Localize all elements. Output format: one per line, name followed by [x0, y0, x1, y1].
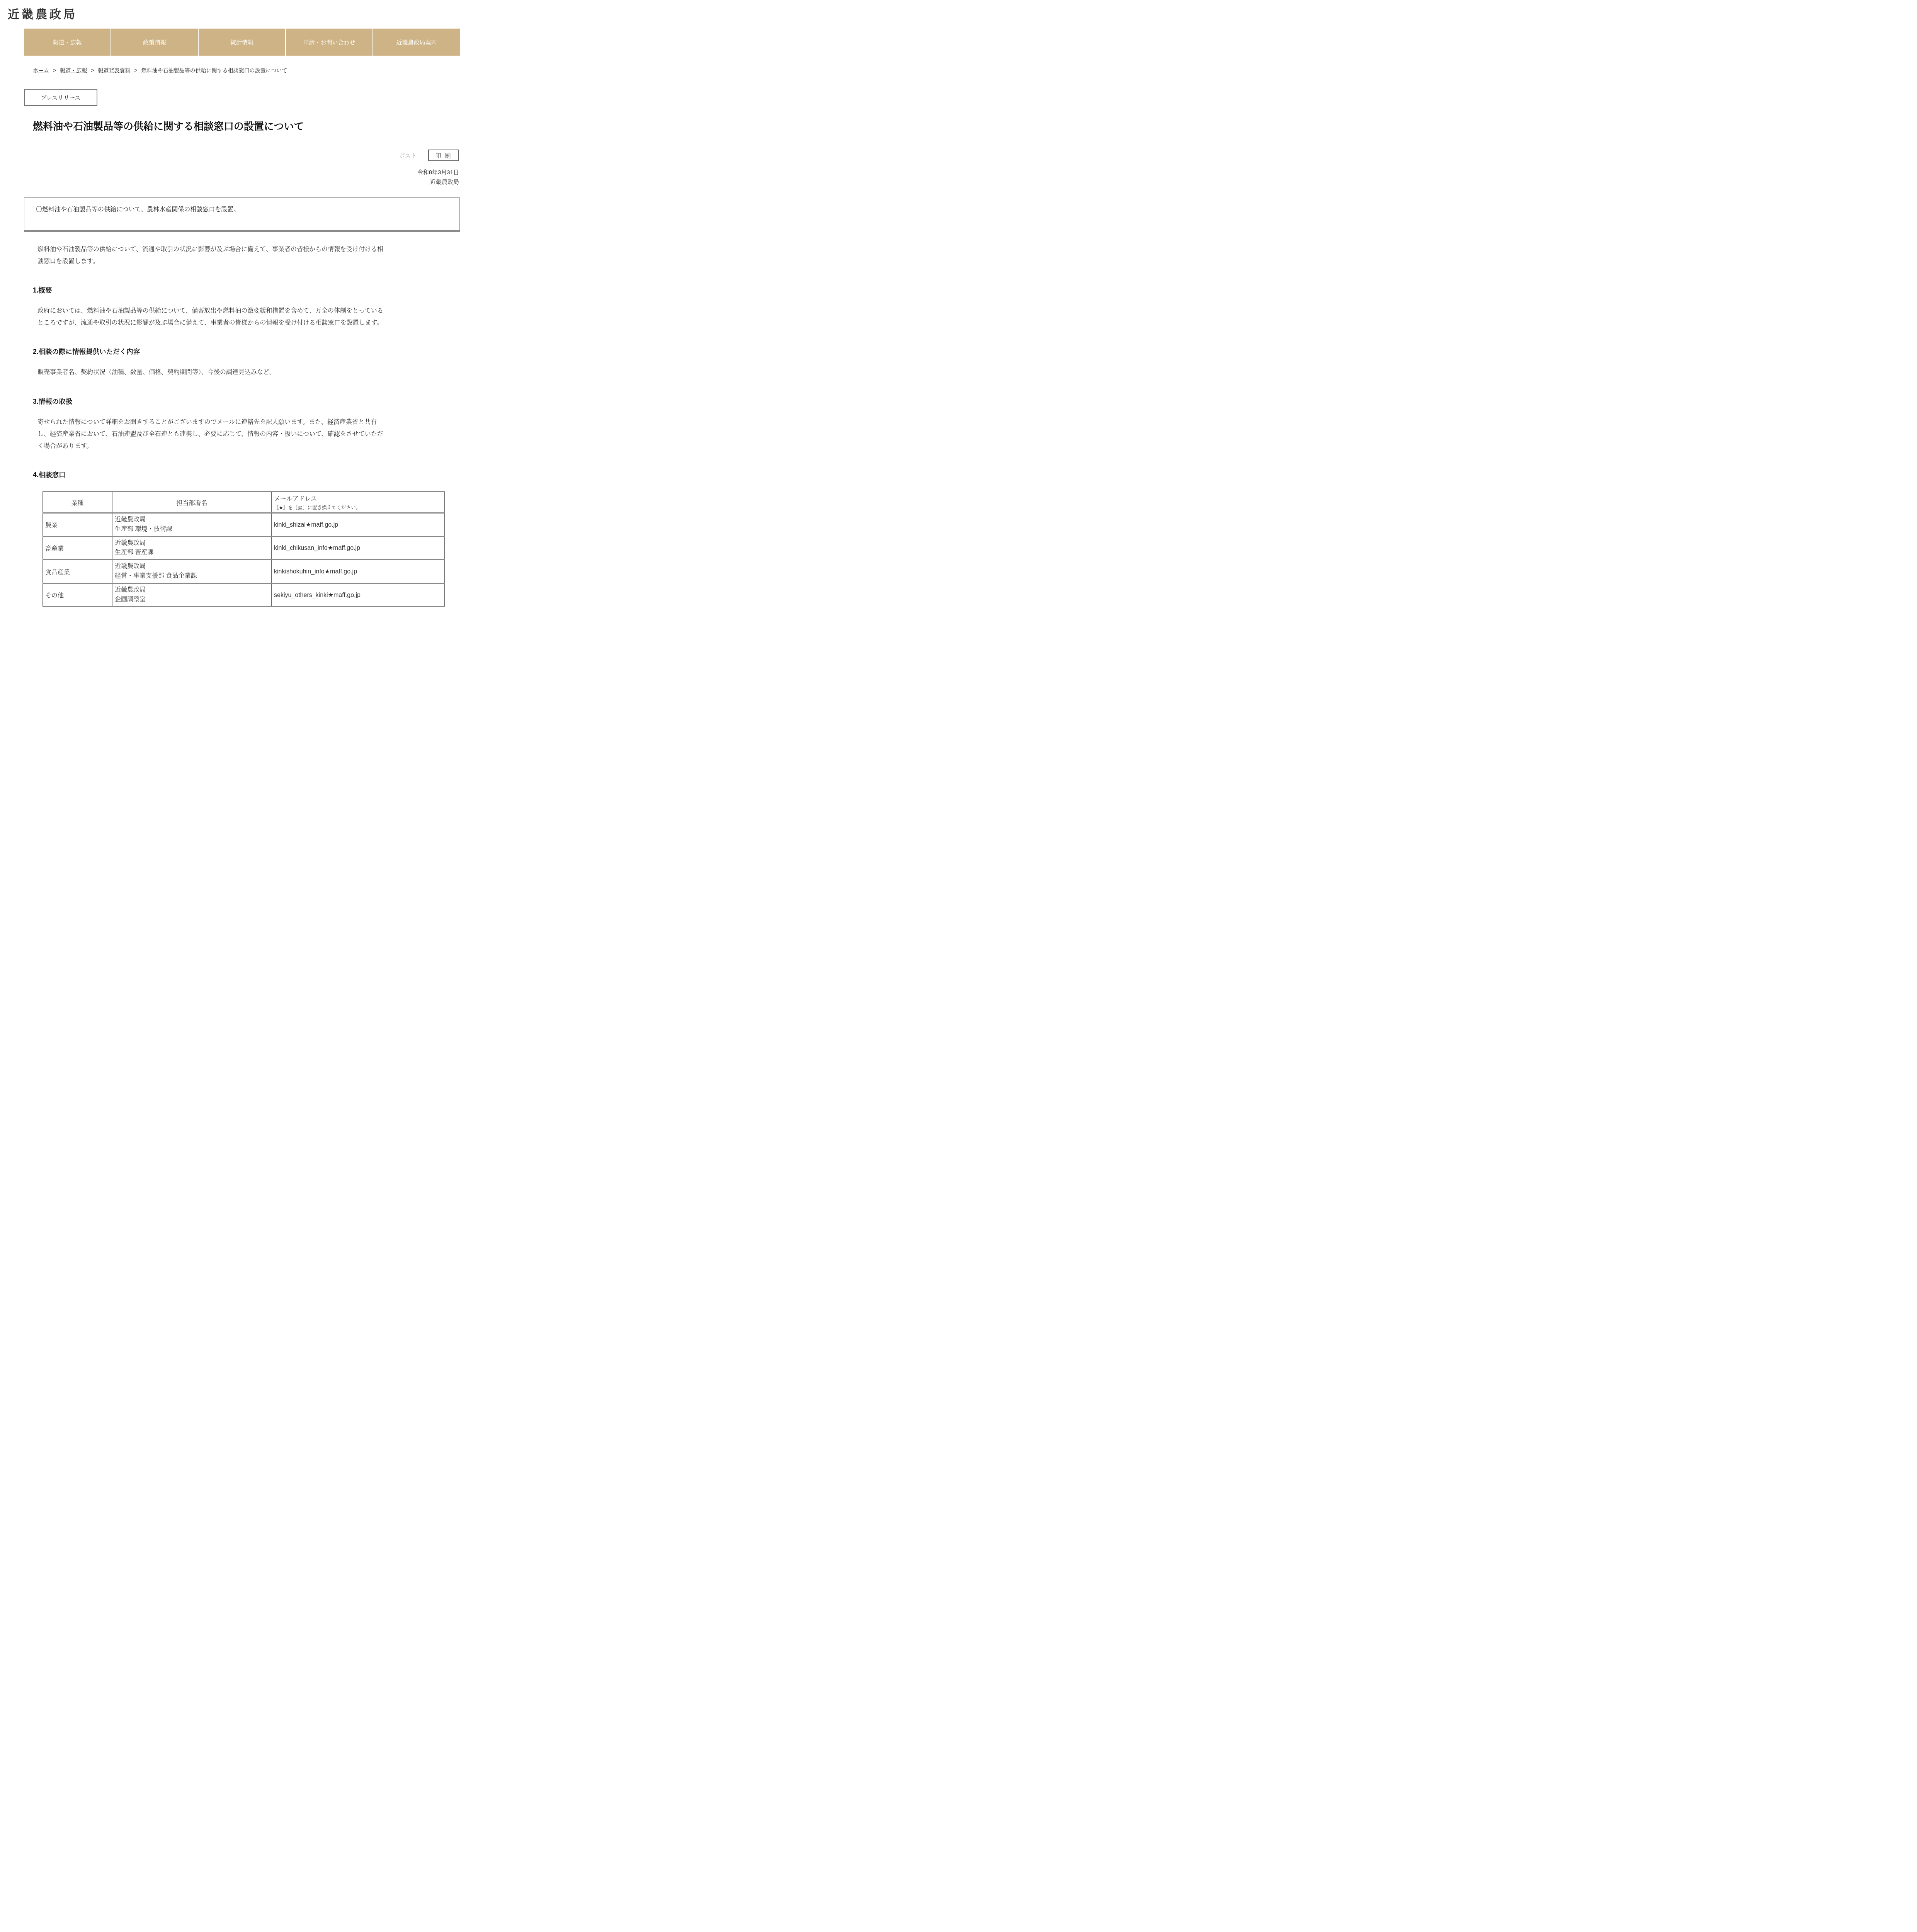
- cell-email: sekiyu_others_kinki★maff.go.jp: [272, 583, 445, 607]
- column-header-email: メールアドレス ［★］を［@］に置き換えてください。: [272, 492, 445, 513]
- table-row: 農業 近畿農政局 生産部 環境・技術課 kinki_shizai★maff.go…: [43, 513, 445, 537]
- nav-item-office-guide[interactable]: 近畿農政局案内: [373, 29, 460, 56]
- cell-industry: その他: [43, 583, 112, 607]
- release-organization: 近畿農政局: [0, 178, 459, 187]
- table-header-row: 業種 担当部署名 メールアドレス ［★］を［@］に置き換えてください。: [43, 492, 445, 513]
- table-row: 畜産業 近畿農政局 生産部 畜産課 kinki_chikusan_info★ma…: [43, 536, 445, 560]
- nav-item-application-contact[interactable]: 申請・お問い合わせ: [286, 29, 373, 56]
- breadcrumb-separator-icon: >: [53, 67, 56, 73]
- breadcrumb-separator-icon: >: [134, 67, 137, 73]
- section-heading-information-handling: 3.情報の取扱: [33, 396, 464, 406]
- section-body-overview: 政府においては、燃料油や石油製品等の供給について、備蓄放出や燃料油の激変緩和措置…: [37, 305, 466, 329]
- breadcrumb-link-press-materials[interactable]: 報道発表資料: [98, 67, 130, 73]
- print-button[interactable]: 印 刷: [428, 150, 459, 161]
- email-replace-note: ［★］を［@］に置き換えてください。: [274, 504, 442, 511]
- nav-item-press[interactable]: 報道・広報: [24, 29, 111, 56]
- page: { "header": { "logo": "近畿農政局" }, "nav": …: [0, 0, 479, 607]
- cell-industry: 農業: [43, 513, 112, 537]
- table-row: その他 近畿農政局 企画調整室 sekiyu_others_kinki★maff…: [43, 583, 445, 607]
- column-header-email-label: メールアドレス: [274, 494, 442, 503]
- column-header-industry: 業種: [43, 492, 112, 513]
- section-body-information-to-provide: 販売事業者名、契約状況（油種、数量、価格、契約期間等）、今後の調達見込みなど。: [37, 366, 466, 378]
- cell-industry: 畜産業: [43, 536, 112, 560]
- breadcrumb-link-home[interactable]: ホーム: [33, 67, 49, 73]
- breadcrumb-link-press[interactable]: 報道・広報: [60, 67, 87, 73]
- section-heading-information-to-provide: 2.相談の際に情報提供いただく内容: [33, 347, 464, 356]
- date-block: 令和8年3月31日 近畿農政局: [0, 168, 459, 187]
- global-nav: 報道・広報 政策情報 統計情報 申請・お問い合わせ 近畿農政局案内: [24, 29, 460, 56]
- summary-box: 〇燃料油や石油製品等の供給について、農林水産関係の相談窓口を設置。: [24, 197, 460, 232]
- cell-email: kinki_shizai★maff.go.jp: [272, 513, 445, 537]
- nav-item-policy[interactable]: 政策情報: [111, 29, 198, 56]
- column-header-department: 担当部署名: [112, 492, 272, 513]
- cell-industry: 食品産業: [43, 560, 112, 583]
- cell-department: 近畿農政局 企画調整室: [112, 583, 272, 607]
- contact-desk-table: 業種 担当部署名 メールアドレス ［★］を［@］に置き換えてください。 農業 近…: [43, 491, 445, 607]
- section-heading-overview: 1.概要: [33, 285, 464, 295]
- release-date: 令和8年3月31日: [0, 168, 459, 178]
- share-print-actions: ポスト 印 刷: [0, 150, 459, 161]
- cell-department: 近畿農政局 経営・事業支援部 食品企業課: [112, 560, 272, 583]
- nav-item-statistics[interactable]: 統計情報: [199, 29, 285, 56]
- intro-paragraph: 燃料油や石油製品等の供給について、流通や取引の状況に影響が及ぶ場合に備えて、事業…: [37, 243, 466, 267]
- page-title: 燃料油や石油製品等の供給に関する相談窓口の設置について: [33, 120, 460, 133]
- press-release-badge: プレスリリース: [24, 89, 97, 106]
- cell-department: 近畿農政局 生産部 畜産課: [112, 536, 272, 560]
- cell-email: kinkishokuhin_info★maff.go.jp: [272, 560, 445, 583]
- section-heading-contact-desk: 4.相談窓口: [33, 470, 464, 480]
- breadcrumb-separator-icon: >: [91, 67, 94, 73]
- cell-department: 近畿農政局 生産部 環境・技術課: [112, 513, 272, 537]
- breadcrumb-current: 燃料油や石油製品等の供給に関する相談窓口の設置について: [141, 67, 287, 73]
- section-body-information-handling: 寄せられた情報について詳細をお聞きすることがございますのでメールに連絡先を記入願…: [37, 416, 466, 452]
- site-logo[interactable]: 近畿農政局: [8, 5, 77, 22]
- post-share-button[interactable]: ポスト: [399, 151, 417, 160]
- breadcrumb: ホーム>報道・広報>報道発表資料>燃料油や石油製品等の供給に関する相談窓口の設置…: [33, 66, 464, 74]
- cell-email: kinki_chikusan_info★maff.go.jp: [272, 536, 445, 560]
- table-row: 食品産業 近畿農政局 経営・事業支援部 食品企業課 kinkishokuhin_…: [43, 560, 445, 583]
